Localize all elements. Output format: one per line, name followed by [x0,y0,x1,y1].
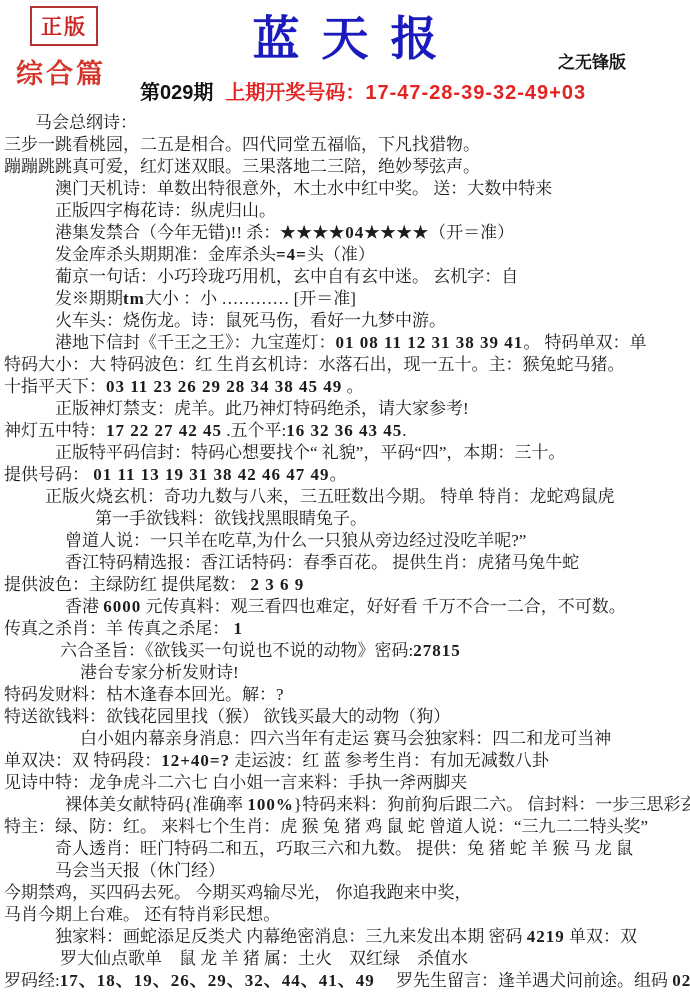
text-segment: 十指平天下： [4,377,106,396]
text-segment: 曾道人说：一只羊在吃草,为什么一只狼从旁边经过没吃羊呢?” [65,531,526,550]
text-segment: 香江特码精选报：香江话特码：春季百花。 提供生肖：虎猪马兔牛蛇 [65,553,579,572]
issue-number: 第029期 [140,82,213,104]
text-segment: 正版特平码信封：特码心想要找个“ 礼貌”，平码“四”，本期：三十。 [55,443,565,462]
text-segment: 走运波：红 蓝 参考生肖：有加无减数八卦 [230,751,549,770]
body-line-32: 裸体美女献特码{准确率 100%}特码来料：狗前狗后跟二六。 信封料：一步三思彩… [0,794,690,816]
body-line-12: 特码大小：大 特码波色：红 生肖玄机诗：水落石出，现一五十。主：猴兔蛇马猪。 [0,354,690,376]
text-segment: 港地下信封《千王之王》：九宝莲灯： [55,333,336,352]
body-line-27: 特码发财料：枯木逢春本回光。解：? [0,684,690,706]
text-segment: 提供号码： [4,465,93,484]
text-segment: 马肖今期上台难。 还有特肖彩民想。 [4,905,280,924]
issue-row: 第029期上期开奖号码：17-47-28-39-32-49+03 [140,76,586,105]
text-segment: 特主：绿、防：红。 来料七个生肖：虎 猴 兔 猪 鸡 鼠 蛇 曾道人说：“三九二… [4,817,648,836]
newspaper-page: 正版 蓝天报 之无锋版 综合篇 第029期上期开奖号码：17-47-28-39-… [0,0,690,997]
text-segment: }特码来料：狗前狗后跟二六。 信封料：一步三思彩玄机。 [294,795,690,814]
number-segment: 17 22 27 42 45 [106,421,222,440]
header: 正版 蓝天报 之无锋版 综合篇 第029期上期开奖号码：17-47-28-39-… [0,0,690,112]
text-segment: 头（准） [307,245,375,264]
number-segment: 4219 [527,927,565,946]
text-segment: 正版火烧玄机：奇功九数与八来，三五旺数出今期。 特单 特肖：龙蛇鸡鼠虎 [45,487,615,506]
body-line-7: 发金库杀头期期准：金库杀头=4=头（准） [0,244,690,266]
body-line-18: 正版火烧玄机：奇功九数与八来，三五旺数出今期。 特单 特肖：龙蛇鸡鼠虎 [0,486,690,508]
text-segment: 。 [342,377,363,396]
body-line-9: 发※期期tm大小 ：小 ………… [开＝准] [0,288,690,310]
last-draw-label: 上期开奖号码： [225,82,365,104]
text-segment: 马会当天报（休门经） [55,861,225,880]
text-segment: 第一手欲钱料：欲钱找黑眼睛兔子。 [95,509,367,528]
body-line-24: 传真之杀肖：羊 传真之杀尾： 1 [0,618,690,640]
body-line-11: 港地下信封《千王之王》：九宝莲灯：01 08 11 12 31 38 39 41… [0,332,690,354]
text-segment: 正版神灯禁支：虎羊。此乃神灯特码绝杀，请大家参考! [55,399,469,418]
edition-label: 之无锋版 [558,48,626,73]
body-line-37: 马肖今期上台难。 还有特肖彩民想。 [0,904,690,926]
body-line-21: 香江特码精选报：香江话特码：春季百花。 提供生肖：虎猪马兔牛蛇 [0,552,690,574]
text-segment: 单双决：双 特码段： [4,751,161,770]
body-line-3: 蹦蹦跳跳真可爱，红灯迷双眼。三果落地二三陪，绝妙琴弦声。 [0,156,690,178]
section-label: 综合篇 [16,52,106,91]
number-segment: 17、18、19、26、29、32、44、41、49 [60,971,375,990]
body-line-38: 独家料：画蛇添足反类犬 内幕绝密消息：三九来发出本期 密码 4219 单双：双 [0,926,690,948]
number-segment: 27815 [413,641,461,660]
text-segment: 港集发禁合（今年无错)!! 杀： [55,223,280,242]
text-segment: . [402,421,406,440]
text-segment: 特送欲钱料：欲钱花园里找（猴） 欲钱买最大的动物（狗） [4,707,450,726]
text-segment: 今期禁鸡，买四码去死。 今期买鸡输尽光， 你追我跑来中奖， [4,883,472,902]
number-segment: 01 08 11 12 31 38 39 41 [336,333,524,352]
text-segment: 白小姐内幕亲身消息：四六当年有走运 赛马会独家料：四二和龙可当神 [80,729,611,748]
body-line-17: 提供号码： 01 11 13 19 31 38 42 46 47 49。 [0,464,690,486]
text-segment: 元传真料：观三看四也难定，好好看 千万不合一二合，不可数。 [141,597,626,616]
body-line-23: 香港 6000 元传真料：观三看四也难定，好好看 千万不合一二合，不可数。 [0,596,690,618]
text-segment: 。 [330,465,347,484]
number-segment: ★★★★04★★★★ [280,223,429,242]
text-segment: 。 特码单双：单 [523,333,646,352]
text-segment: 传真之杀肖：羊 传真之杀尾： [4,619,234,638]
text-segment: 葡京一句话：小巧玲珑巧用机，玄中自有玄中迷。 玄机字：自 [55,267,518,286]
text-segment: 提供波色：主绿防红 提供尾数： [4,575,251,594]
number-segment: 03 11 23 26 29 28 34 38 45 49 [106,377,342,396]
text-segment: 马会总纲诗： [35,113,137,132]
text-segment: 澳门天机诗：单数出特很意外，木土水中红中奖。 送：大数中特来 [55,179,552,198]
text-segment: 火车头：烧伤龙。诗：鼠死马伤，看好一九梦中游。 [55,311,446,330]
text-segment: 六合圣旨：《欲钱买一句说也不说的动物》密码: [60,641,413,660]
text-segment: 三步一跳看桃园，二五是相合。四代同堂五福临，下凡找猎物。 [4,135,480,154]
text-segment: 罗先生留言：逢羊遇犬问前途。组码 [375,971,673,990]
body-line-15: 神灯五中特：17 22 27 42 45 .五个平:16 32 36 43 45… [0,420,690,442]
text-segment: 特码大小：大 特码波色：红 生肖玄机诗：水落石出，现一五十。主：猴兔蛇马猪。 [4,355,625,374]
body-line-8: 葡京一句话：小巧玲珑巧用机，玄中自有玄中迷。 玄机字：自 [0,266,690,288]
text-segment: 神灯五中特： [4,421,106,440]
body-line-5: 正版四字梅花诗：纵虎归山。 [0,200,690,222]
number-segment: =4= [276,245,307,264]
text-segment: 独家料：画蛇添足反类犬 内幕绝密消息：三九来发出本期 密码 [55,927,527,946]
body-lines: 马会总纲诗：三步一跳看桃园，二五是相合。四代同堂五福临，下凡找猎物。蹦蹦跳跳真可… [0,112,690,992]
text-segment: 单双：双 [565,927,637,946]
body-line-22: 提供波色：主绿防红 提供尾数： 2 3 6 9 [0,574,690,596]
number-segment: 100% [247,795,294,814]
body-line-4: 澳门天机诗：单数出特很意外，木土水中红中奖。 送：大数中特来 [0,178,690,200]
body-line-10: 火车头：烧伤龙。诗：鼠死马伤，看好一九梦中游。 [0,310,690,332]
text-segment: .五个平: [222,421,286,440]
body-line-35: 马会当天报（休门经） [0,860,690,882]
body-line-13: 十指平天下：03 11 23 26 29 28 34 38 45 49 。 [0,376,690,398]
text-segment: 发※期期 [55,289,123,308]
body-line-1: 马会总纲诗： [0,112,690,134]
number-segment: 01 11 13 19 31 38 42 46 47 49 [93,465,329,484]
text-segment: 见诗中特：龙争虎斗二六七 白小姐一言来料：手执一斧两脚夹 [4,773,467,792]
body-line-39: 罗大仙点歌单 鼠 龙 羊 猪 属：土火 双红绿 杀值水 [0,948,690,970]
body-line-26: 港台专家分析发财诗! [0,662,690,684]
number-segment: 2 3 6 9 [251,575,305,594]
body-line-31: 见诗中特：龙争虎斗二六七 白小姐一言来料：手执一斧两脚夹 [0,772,690,794]
body-line-34: 奇人透肖：旺门特码二和五，巧取三六和九数。 提供：兔 猪 蛇 羊 猴 马 龙 鼠 [0,838,690,860]
text-segment: 罗大仙点歌单 鼠 龙 羊 猪 属：土火 双红绿 杀值水 [60,949,468,968]
number-segment: 16 32 36 43 45 [286,421,402,440]
body-line-30: 单双决：双 特码段：12+40=? 走运波：红 蓝 参考生肖：有加无减数八卦 [0,750,690,772]
text-segment: 罗码经: [4,971,60,990]
body-line-25: 六合圣旨：《欲钱买一句说也不说的动物》密码:27815 [0,640,690,662]
body-line-16: 正版特平码信封：特码心想要找个“ 礼貌”，平码“四”，本期：三十。 [0,442,690,464]
body-line-40: 罗码经:17、18、19、26、29、32、44、41、49 罗先生留言：逢羊遇… [0,970,690,992]
text-segment: 正版四字梅花诗：纵虎归山。 [55,201,276,220]
text-segment: 奇人透肖：旺门特码二和五，巧取三六和九数。 提供：兔 猪 蛇 羊 猴 马 龙 鼠 [55,839,633,858]
body-line-33: 特主：绿、防：红。 来料七个生肖：虎 猴 兔 猪 鸡 鼠 蛇 曾道人说：“三九二… [0,816,690,838]
body-line-29: 白小姐内幕亲身消息：四六当年有走运 赛马会独家料：四二和龙可当神 [0,728,690,750]
number-segment: 6000 [103,597,141,616]
text-segment: 蹦蹦跳跳真可爱，红灯迷双眼。三果落地二三陪，绝妙琴弦声。 [4,157,480,176]
body-line-20: 曾道人说：一只羊在吃草,为什么一只狼从旁边经过没吃羊呢?” [0,530,690,552]
body-line-6: 港集发禁合（今年无错)!! 杀：★★★★04★★★★（开＝准） [0,222,690,244]
text-segment: （开＝准） [429,223,514,242]
text-segment: 发金库杀头期期准：金库杀头 [55,245,276,264]
text-segment: 特码发财料：枯木逢春本回光。解：? [4,685,284,704]
body-line-19: 第一手欲钱料：欲钱找黑眼睛兔子。 [0,508,690,530]
body-line-36: 今期禁鸡，买四码去死。 今期买鸡输尽光， 你追我跑来中奖， [0,882,690,904]
last-draw-numbers: 17-47-28-39-32-49+03 [365,82,586,104]
text-segment: 大小 ：小 ………… [开＝准] [145,289,356,308]
body-line-28: 特送欲钱料：欲钱花园里找（猴） 欲钱买最大的动物（狗） [0,706,690,728]
body-line-14: 正版神灯禁支：虎羊。此乃神灯特码绝杀，请大家参考! [0,398,690,420]
text-segment: 裸体美女献特码{准确率 [65,795,247,814]
text-segment: 港台专家分析发财诗! [80,663,239,682]
number-segment: 1 [234,619,244,638]
number-segment: 024159 [672,971,690,990]
text-segment: 香港 [65,597,103,616]
body-line-2: 三步一跳看桃园，二五是相合。四代同堂五福临，下凡找猎物。 [0,134,690,156]
number-segment: tm [123,289,145,308]
number-segment: 12+40=? [161,751,230,770]
